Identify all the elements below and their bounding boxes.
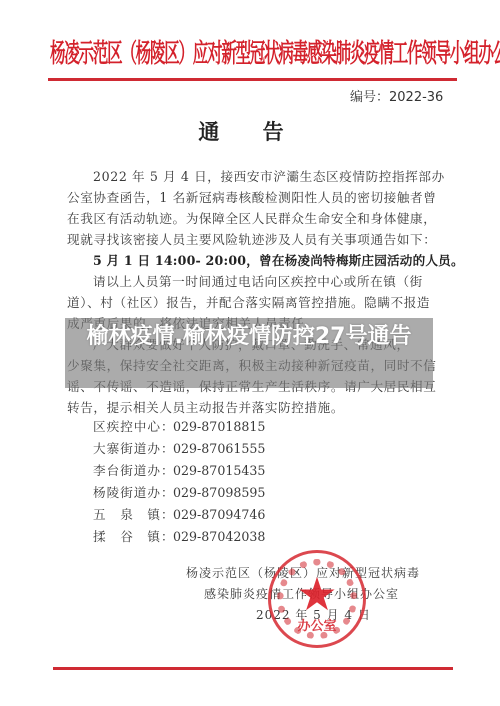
body-line: 公室协查函告，1 名新冠病毒核酸检测阳性人员的密切接触者曾 (67, 187, 437, 208)
body-line: 2022 年 5 月 4 日，接西安市浐灞生态区疫情防控指挥部办 (93, 166, 437, 187)
contact-label: 区疾控中心： (93, 416, 173, 438)
body-line: 现就寻找该密接人员主要风险轨迹涉及人员有关事项通告如下： (67, 229, 437, 250)
footer-red-rule (53, 667, 453, 670)
document-number: 编号：2022-36 (350, 86, 443, 105)
contact-phone: 029-87098595 (173, 485, 265, 500)
body-line: 在我区有活动轨迹。为保障全区人民群众生命安全和身体健康， (67, 208, 437, 229)
contact-phone: 029-87042038 (173, 529, 265, 544)
contact-label: 杨陵街道办： (93, 482, 173, 504)
notice-title: 通 告 (0, 116, 500, 146)
contact-row: 五 泉 镇：029-87094746 (93, 504, 265, 526)
contact-phone: 029-87015435 (173, 463, 265, 478)
contact-label: 大寨街道办： (93, 438, 173, 460)
body-line: 转告，提示相关人员主动报告并落实防控措施。 (67, 397, 437, 418)
contact-row: 区疾控中心：029-87018815 (93, 416, 265, 438)
body-line: 道）、村（社区）报告，并配合落实隔离管控措施。隐瞒不报造 (67, 292, 437, 313)
highlighted-risk-line: 5 月 1 日 14:00- 20:00，曾在杨凌尚特梅斯庄园活动的人员。 (93, 250, 437, 271)
body-line: 请以上人员第一时间通过电话向区疾控中心或所在镇（街 (93, 271, 437, 292)
caption-overlay-title: 榆林疫情.榆林疫情防控27号通告 (65, 322, 433, 351)
contact-row: 杨陵街道办：029-87098595 (93, 482, 265, 504)
organization-name: 杨凌示范区（杨陵区）应对新型冠状病毒感染肺炎疫情工作领导小组办公室 (50, 34, 500, 74)
contact-row: 大寨街道办：029-87061555 (93, 438, 265, 460)
official-seal: ★ 办公室 (268, 550, 366, 648)
star-icon: ★ (293, 571, 341, 617)
contact-phone: 029-87018815 (173, 419, 265, 434)
contact-label: 揉 谷 镇： (93, 526, 173, 548)
contact-label: 李台街道办： (93, 460, 173, 482)
contact-phone: 029-87061555 (173, 441, 265, 456)
header-red-rule (48, 78, 457, 81)
contact-phone: 029-87094746 (173, 507, 265, 522)
contact-row: 揉 谷 镇：029-87042038 (93, 526, 265, 548)
contact-row: 李台街道办：029-87015435 (93, 460, 265, 482)
issuing-organization-header: 杨凌示范区（杨陵区）应对新型冠状病毒感染肺炎疫情工作领导小组办公室 (50, 34, 458, 74)
seal-label: 办公室 (271, 615, 363, 634)
contact-label: 五 泉 镇： (93, 504, 173, 526)
